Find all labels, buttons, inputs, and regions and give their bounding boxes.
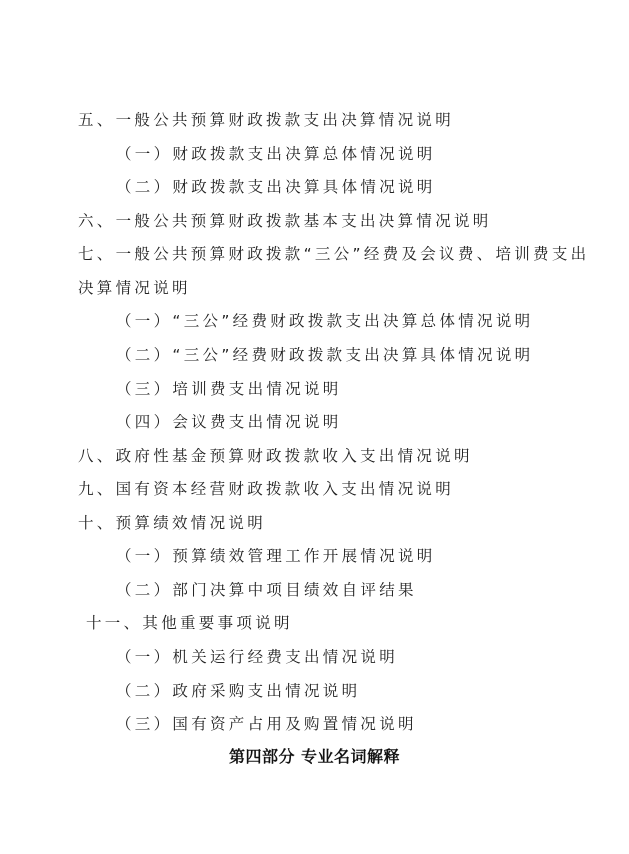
toc-item-7-2: （二）“三公”经费财政拨款支出决算具体情况说明 bbox=[116, 345, 533, 365]
toc-item-7-1: （一）“三公”经费财政拨款支出决算总体情况说明 bbox=[116, 311, 533, 331]
toc-item-11-1: （一）机关运行经费支出情况说明 bbox=[116, 647, 398, 667]
toc-item-10: 十、预算绩效情况说明 bbox=[78, 513, 266, 533]
toc-item-5: 五、一般公共预算财政拨款支出决算情况说明 bbox=[78, 110, 454, 130]
toc-item-5-2: （二）财政拨款支出决算具体情况说明 bbox=[116, 177, 436, 197]
toc-item-9: 九、国有资本经营财政拨款收入支出情况说明 bbox=[78, 479, 454, 499]
document-page: 五、一般公共预算财政拨款支出决算情况说明 （一）财政拨款支出决算总体情况说明 （… bbox=[0, 0, 629, 854]
toc-item-8: 八、政府性基金预算财政拨款收入支出情况说明 bbox=[78, 446, 473, 466]
toc-item-10-2: （二）部门决算中项目绩效自评结果 bbox=[116, 580, 417, 600]
section-heading: 第四部分 专业名词解释 bbox=[0, 746, 629, 768]
toc-item-11-2: （二）政府采购支出情况说明 bbox=[116, 681, 360, 701]
toc-item-5-1: （一）财政拨款支出决算总体情况说明 bbox=[116, 144, 436, 164]
toc-item-7-3: （三）培训费支出情况说明 bbox=[116, 379, 342, 399]
toc-item-11-3: （三）国有资产占用及购置情况说明 bbox=[116, 714, 417, 734]
toc-item-10-1: （一）预算绩效管理工作开展情况说明 bbox=[116, 546, 436, 566]
toc-item-11: 十一、其他重要事项说明 bbox=[86, 613, 293, 633]
toc-item-7-4: （四）会议费支出情况说明 bbox=[116, 412, 342, 432]
toc-item-7-continued: 决算情况说明 bbox=[78, 278, 191, 298]
toc-item-6: 六、一般公共预算财政拨款基本支出决算情况说明 bbox=[78, 211, 492, 231]
toc-item-7: 七、一般公共预算财政拨款“三公”经费及会议费、培训费支出 bbox=[78, 244, 589, 264]
